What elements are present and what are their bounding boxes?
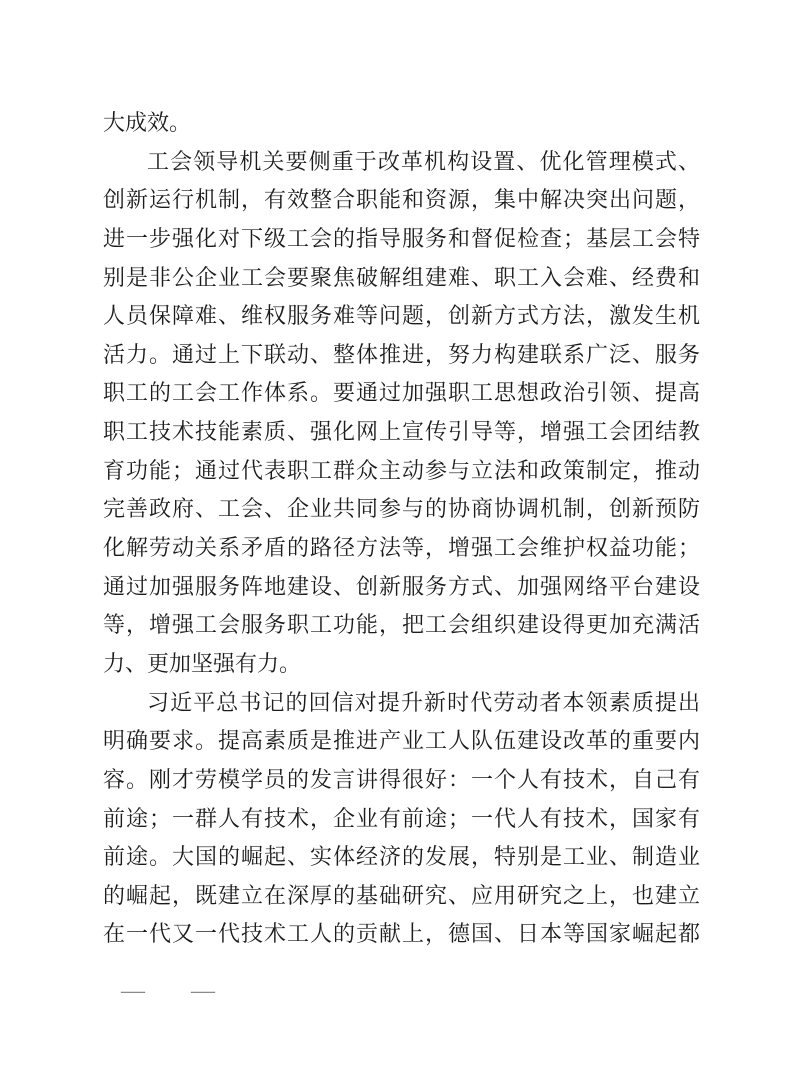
text-line: 习近平总书记的回信对提升新时代劳动者本领素质提出 (103, 684, 700, 723)
text-line: 育功能；通过代表职工群众主动参与立法和政策制定，推动 (103, 452, 700, 491)
text-line: 职工的工会工作体系。要通过加强职工思想政治引领、提高 (103, 374, 700, 413)
text-line: 人员保障难、维权服务难等问题，创新方式方法，激发生机 (103, 297, 700, 336)
text-line: 工会领导机关要侧重于改革机构设置、优化管理模式、 (103, 143, 700, 182)
document-page: 大成效。 工会领导机关要侧重于改革机构设置、优化管理模式、 创新运行机制，有效整… (0, 0, 798, 1090)
text-line: 进一步强化对下级工会的指导服务和督促检查；基层工会特 (103, 220, 700, 259)
text-line: 职工技术技能素质、强化网上宣传引导等，增强工会团结教 (103, 413, 700, 452)
body-text-block: 大成效。 工会领导机关要侧重于改革机构设置、优化管理模式、 创新运行机制，有效整… (103, 104, 700, 954)
page-number-dash-right: — (191, 979, 215, 1003)
text-line: 的崛起，既建立在深厚的基础研究、应用研究之上，也建立 (103, 877, 700, 916)
text-line: 在一代又一代技术工人的贡献上，德国、日本等国家崛起都 (103, 915, 700, 954)
text-line: 别是非公企业工会要聚焦破解组建难、职工入会难、经费和 (103, 259, 700, 298)
text-line: 等，增强工会服务职工功能，把工会组织建设得更加充满活 (103, 606, 700, 645)
text-line: 创新运行机制，有效整合职能和资源，集中解决突出问题， (103, 181, 700, 220)
text-line: 完善政府、工会、企业共同参与的协商协调机制，创新预防 (103, 490, 700, 529)
text-line: 前途；一群人有技术，企业有前途；一代人有技术，国家有 (103, 800, 700, 839)
page-number-footer: — — (121, 979, 215, 1003)
text-line: 力、更加坚强有力。 (103, 645, 700, 684)
page-number-dash-left: — (121, 979, 145, 1003)
text-line: 明确要求。提高素质是推进产业工人队伍建设改革的重要内 (103, 722, 700, 761)
text-line: 前途。大国的崛起、实体经济的发展，特别是工业、制造业 (103, 838, 700, 877)
text-line: 大成效。 (103, 104, 700, 143)
text-line: 通过加强服务阵地建设、创新服务方式、加强网络平台建设 (103, 568, 700, 607)
text-line: 容。刚才劳模学员的发言讲得很好：一个人有技术，自己有 (103, 761, 700, 800)
text-line: 化解劳动关系矛盾的路径方法等，增强工会维护权益功能； (103, 529, 700, 568)
text-line: 活力。通过上下联动、整体推进，努力构建联系广泛、服务 (103, 336, 700, 375)
